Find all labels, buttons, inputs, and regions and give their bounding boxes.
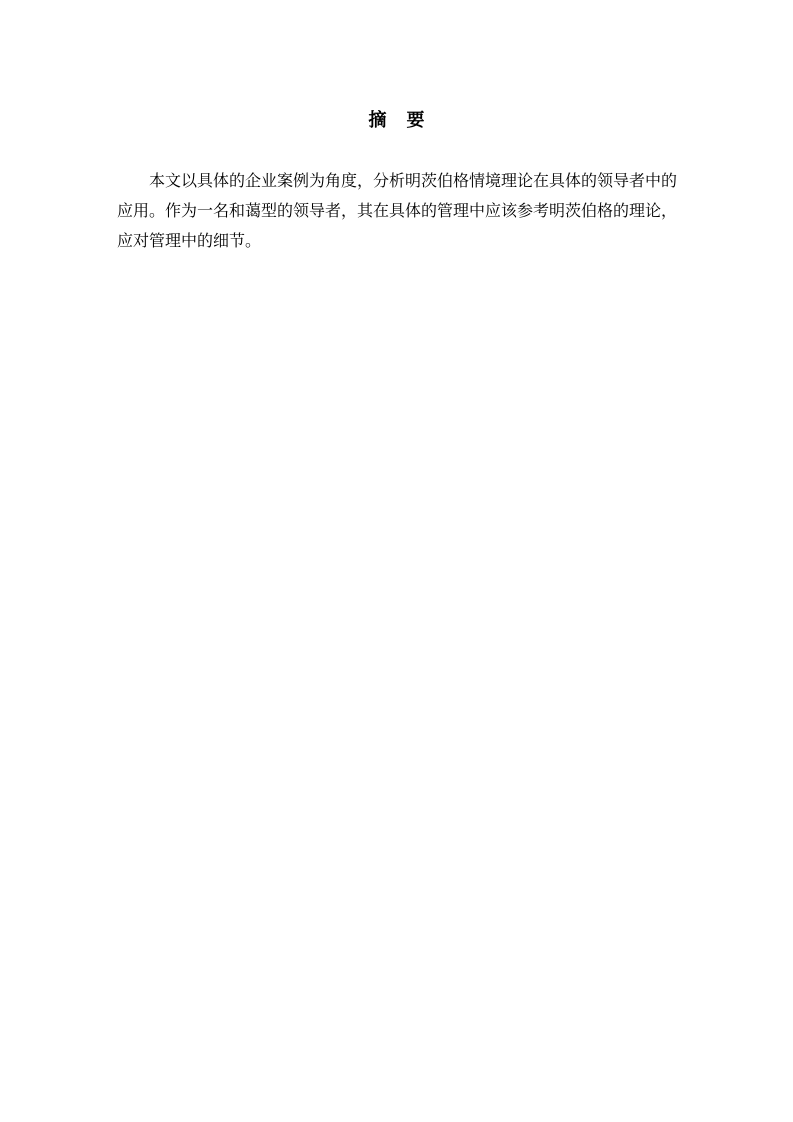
abstract-paragraph: 本文以具体的企业案例为角度，分析明茨伯格情境理论在具体的领导者中的应用。作为一名… — [117, 166, 677, 256]
abstract-body: 本文以具体的企业案例为角度，分析明茨伯格情境理论在具体的领导者中的应用。作为一名… — [117, 166, 677, 256]
abstract-title-char-2: 要 — [407, 106, 425, 132]
abstract-title: 摘要 — [0, 106, 793, 132]
abstract-title-char-1: 摘 — [369, 106, 387, 132]
